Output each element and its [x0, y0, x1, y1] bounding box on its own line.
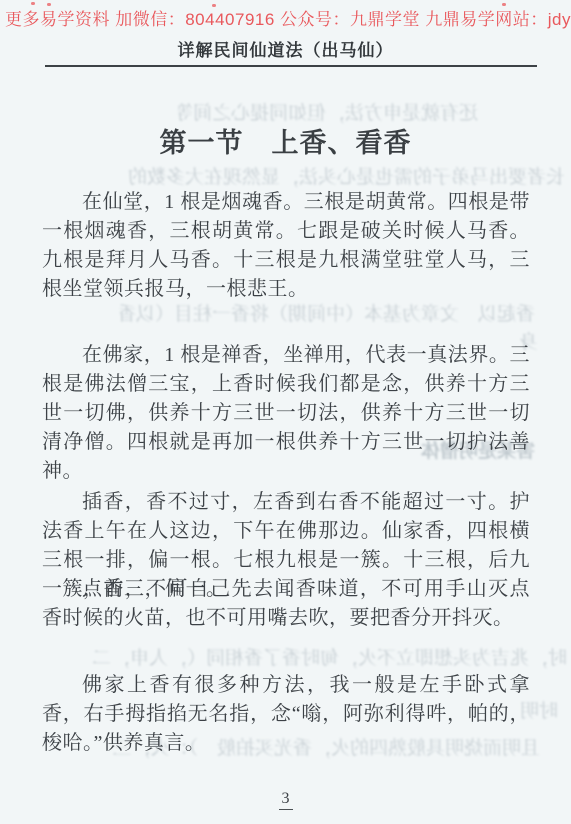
paragraph-buddhist-incense-counts: 在佛家，1 根是禅香，坐禅用，代表一真法界。三根是佛法僧三宝，上香时候我们都是念… — [42, 341, 530, 486]
page-number-value: 3 — [279, 790, 293, 810]
scanned-book-page: 更多易学资料 加微信：804407916 公众号：九鼎学堂 九鼎易学网站：jdy… — [0, 0, 571, 824]
bleedthrough-artifact: 香起以 文章为基本（中间期）将香一柱目（以香询 — [120, 303, 535, 327]
paragraph-buddhist-offering-method: 佛家上香有很多种方法，我一般是左手卧式拿香，右手拇指掐无名指，念“嗡，阿弥利得吽… — [42, 671, 530, 758]
paragraph-lighting-incense: 点香，不可自己先去闻香味道，不可用手山灭点香时候的火苗，也不可用嘴去吹，要把香分… — [42, 575, 530, 633]
red-ink-speck — [47, 3, 51, 6]
bleedthrough-artifact: 长者要出马弟子的需也是心头法，显然现在大多数的 — [45, 166, 565, 190]
page-number: 3 — [0, 790, 571, 810]
bleedthrough-artifact: 时，兆吉为头想即立不火，甸时香了香相同（，人申，二 — [42, 647, 567, 671]
section-title: 第一节 上香、看香 — [0, 127, 571, 159]
red-ink-speck — [31, 2, 35, 5]
paragraph-xiantang-incense-counts: 在仙堂，1 根是烟魂香。三根是胡黄常。四根是带一根烟魂香，三根胡黄常。七跟是破关… — [42, 188, 530, 304]
header-rule — [45, 65, 537, 67]
red-ink-speck — [212, 4, 216, 7]
promo-banner: 更多易学资料 加微信：804407916 公众号：九鼎学堂 九鼎易学网站：jdy… — [5, 8, 571, 31]
bleedthrough-artifact: 还有就是申方法，但如同提心之间等等 — [178, 102, 478, 126]
red-ink-speck — [502, 3, 506, 6]
book-title: 详解民间仙道法（出马仙） — [0, 40, 571, 62]
